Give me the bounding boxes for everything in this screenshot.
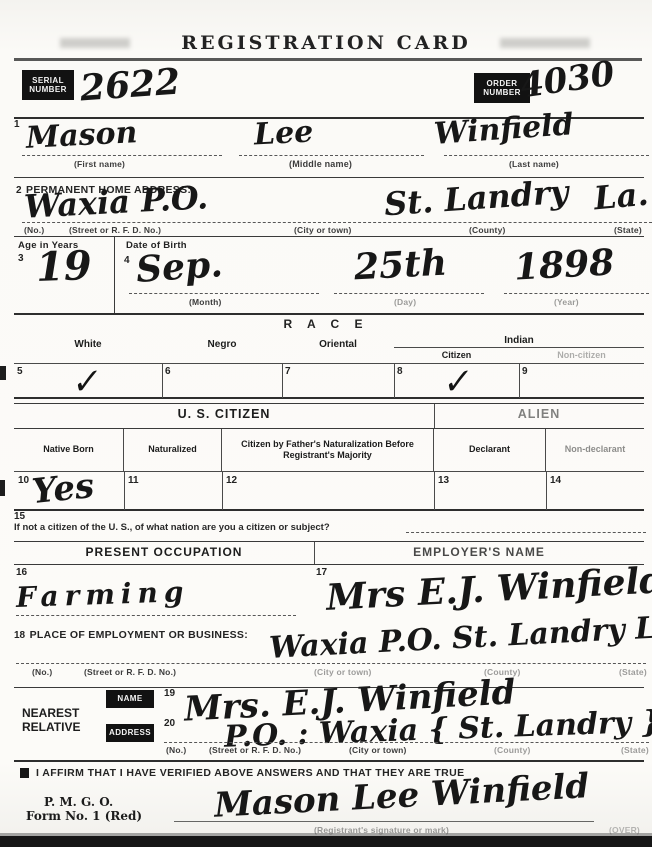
citizen-by-father-label: Citizen by Father's Naturalization Befor…	[222, 429, 434, 471]
age-birth-row: Age in Years 3 19 Date of Birth 4 Sep. 2…	[14, 237, 644, 315]
non-declarant-label: Non-declarant	[546, 429, 644, 471]
home-address-state-value: La.	[593, 178, 650, 215]
birth-year-value: 1898	[513, 244, 615, 285]
race-white-label: White	[14, 339, 162, 350]
scan-artifact	[0, 480, 5, 496]
item-number-9: 9	[522, 366, 528, 377]
race-cell-indian-noncitizen: 9	[519, 364, 644, 398]
native-born-label: Native Born	[14, 429, 124, 471]
citizen-value-row: 10 Yes 11 12 13 14	[14, 471, 644, 510]
item-number-10: 10	[18, 475, 29, 486]
employment-place-label: 18 PLACE OF EMPLOYMENT OR BUSINESS:	[14, 625, 248, 643]
middle-name-label: (Middle name)	[289, 159, 352, 169]
item-number-5: 5	[17, 366, 23, 377]
race-indian-citizen-label: Citizen	[394, 350, 519, 360]
nearest-relative-row: NEAREST RELATIVE Name Address 19 Mrs. E.…	[14, 688, 644, 762]
birth-month-value: Sep.	[135, 246, 224, 288]
race-cell-negro: 6	[162, 364, 283, 398]
scan-artifact	[60, 38, 130, 48]
relative-name-box-label: Name	[106, 690, 154, 708]
race-cell-indian-citizen: 8 ✓	[394, 364, 520, 398]
divider	[434, 404, 435, 428]
checkmark-white: ✓	[71, 360, 104, 404]
form-number-label: Form No. 1 (Red)	[26, 809, 142, 823]
street-label: (Street or R. F. D. No.)	[69, 225, 161, 235]
pmgo-label: P. M. G. O.	[44, 795, 113, 809]
occupation-value-row: 16 Farming 17 Mrs E.J. Winfield	[14, 565, 644, 621]
native-born-value: Yes	[30, 469, 95, 509]
middle-name-line	[239, 155, 424, 156]
serial-number-label: SERIAL NUMBER	[22, 70, 74, 100]
name-row: 1 Mason Lee Winfield (First name) (Middl…	[14, 119, 644, 178]
race-cell-white: 5 ✓	[14, 364, 163, 398]
race-indian-label: Indian	[394, 335, 644, 348]
home-address-street-value: Waxia P.O.	[23, 181, 208, 223]
employer-name-heading: EMPLOYER'S NAME	[314, 545, 644, 559]
item-number-6: 6	[165, 366, 171, 377]
relative-address-line	[164, 742, 649, 743]
no-label: (No.)	[166, 745, 186, 755]
state-label: (State)	[619, 667, 647, 677]
item-number-12: 12	[226, 475, 237, 486]
day-line	[334, 293, 484, 294]
present-occupation-heading: PRESENT OCCUPATION	[14, 545, 314, 559]
year-label: (Year)	[554, 297, 579, 307]
signature-line	[174, 821, 594, 822]
nation-question-text: If not a citizen of the U. S., of what n…	[14, 522, 330, 533]
last-name-value: Winfield	[433, 110, 574, 150]
divider	[314, 542, 315, 564]
occupation-line	[16, 615, 296, 616]
item-number-11: 11	[128, 475, 139, 486]
race-negro-label: Negro	[162, 339, 282, 350]
race-table: White Negro Oriental Indian Citizen Non-…	[14, 335, 644, 399]
day-label: (Day)	[394, 297, 416, 307]
nation-question-line	[406, 532, 646, 533]
race-oriental-label: Oriental	[282, 339, 394, 350]
order-number-value: 4030	[518, 57, 616, 104]
home-address-line	[22, 222, 652, 223]
non-declarant-cell: 14	[546, 472, 644, 510]
serial-number-value: 2622	[79, 64, 181, 107]
nation-question-row: 15 If not a citizen of the U. S., of wha…	[14, 513, 644, 541]
native-born-cell: 10 Yes	[14, 472, 125, 510]
nearest-relative-label: NEAREST RELATIVE	[22, 706, 80, 735]
home-address-row: 2 PERMANENT HOME ADDRESS: Waxia P.O. St.…	[14, 178, 644, 237]
item-number-18: 18	[14, 630, 25, 641]
city-label: (City or town)	[349, 745, 407, 755]
state-label: (State)	[621, 745, 649, 755]
city-label: (City or town)	[314, 667, 372, 677]
scan-artifact	[20, 768, 29, 778]
city-label: (City or town)	[294, 225, 352, 235]
citizen-table: Native Born Naturalized Citizen by Fathe…	[14, 429, 644, 511]
item-number-8: 8	[397, 366, 403, 377]
year-line	[504, 293, 649, 294]
item-number-13: 13	[438, 475, 449, 486]
race-indian-noncitizen-label: Non-citizen	[519, 350, 644, 360]
serial-label-line1: SERIAL	[32, 76, 64, 85]
scan-artifact	[500, 38, 590, 48]
item-number-7: 7	[285, 366, 291, 377]
no-label: (No.)	[32, 667, 52, 677]
item-number-3: 3	[18, 253, 24, 264]
order-label-line1: ORDER	[487, 79, 518, 88]
registration-card: REGISTRATION CARD SERIAL NUMBER 2622 ORD…	[0, 0, 652, 847]
employment-place-heading: PLACE OF EMPLOYMENT OR BUSINESS:	[30, 629, 248, 641]
item-number-19: 19	[164, 688, 175, 699]
first-name-line	[22, 155, 222, 156]
race-value-row: 5 ✓ 6 7 8 ✓ 9	[14, 363, 644, 398]
item-number-20: 20	[164, 718, 175, 729]
item-number-4: 4	[124, 255, 130, 266]
scan-edge-bar	[0, 836, 652, 847]
relative-address-box-label: Address	[106, 724, 154, 742]
declarant-cell: 13	[434, 472, 547, 510]
occupation-heading-row: PRESENT OCCUPATION EMPLOYER'S NAME	[14, 541, 644, 565]
first-name-label: (First name)	[74, 159, 125, 169]
scan-artifact	[0, 366, 6, 380]
employer-name-value: Mrs E.J. Winfield	[325, 562, 652, 616]
birth-day-value: 25th	[353, 245, 448, 286]
month-label: (Month)	[189, 297, 222, 307]
citizen-heading-row: U. S. CITIZEN ALIEN	[14, 403, 644, 429]
employment-place-line	[16, 663, 646, 664]
first-name-value: Mason	[25, 118, 138, 154]
county-label: (County)	[494, 745, 531, 755]
county-label: (County)	[469, 225, 506, 235]
last-name-label: (Last name)	[509, 159, 559, 169]
state-label: (State)	[614, 225, 642, 235]
naturalized-label: Naturalized	[124, 429, 222, 471]
street-label: (Street or R. F. D. No.)	[209, 745, 301, 755]
middle-name-value: Lee	[253, 117, 314, 150]
home-address-county-value: St. Landry	[383, 176, 569, 221]
item-number-14: 14	[550, 475, 561, 486]
month-line	[129, 293, 319, 294]
age-value: 19	[35, 246, 92, 288]
no-label: (No.)	[24, 225, 44, 235]
nearest-relative-line1: NEAREST	[22, 706, 80, 720]
alien-heading: ALIEN	[434, 407, 644, 421]
last-name-line	[444, 155, 649, 156]
order-label-line2: NUMBER	[483, 88, 521, 97]
race-heading: R A C E	[0, 315, 652, 335]
race-cell-oriental: 7	[282, 364, 395, 398]
occupation-value: Farming	[16, 578, 190, 612]
serial-label-line2: NUMBER	[29, 85, 67, 94]
item-number-16: 16	[16, 567, 27, 578]
checkmark-indian-citizen: ✓	[442, 360, 475, 404]
citizen-by-father-cell: 12	[222, 472, 435, 510]
street-label: (Street or R. F. D. No.)	[84, 667, 176, 677]
declarant-label: Declarant	[434, 429, 546, 471]
item-number-2: 2	[16, 185, 22, 196]
naturalized-cell: 11	[124, 472, 223, 510]
item-number-1: 1	[14, 119, 20, 130]
item-number-15: 15	[14, 511, 25, 522]
nearest-relative-line2: RELATIVE	[22, 720, 80, 734]
us-citizen-heading: U. S. CITIZEN	[14, 407, 434, 421]
employment-place-row: 18 PLACE OF EMPLOYMENT OR BUSINESS: Waxi…	[14, 621, 644, 688]
